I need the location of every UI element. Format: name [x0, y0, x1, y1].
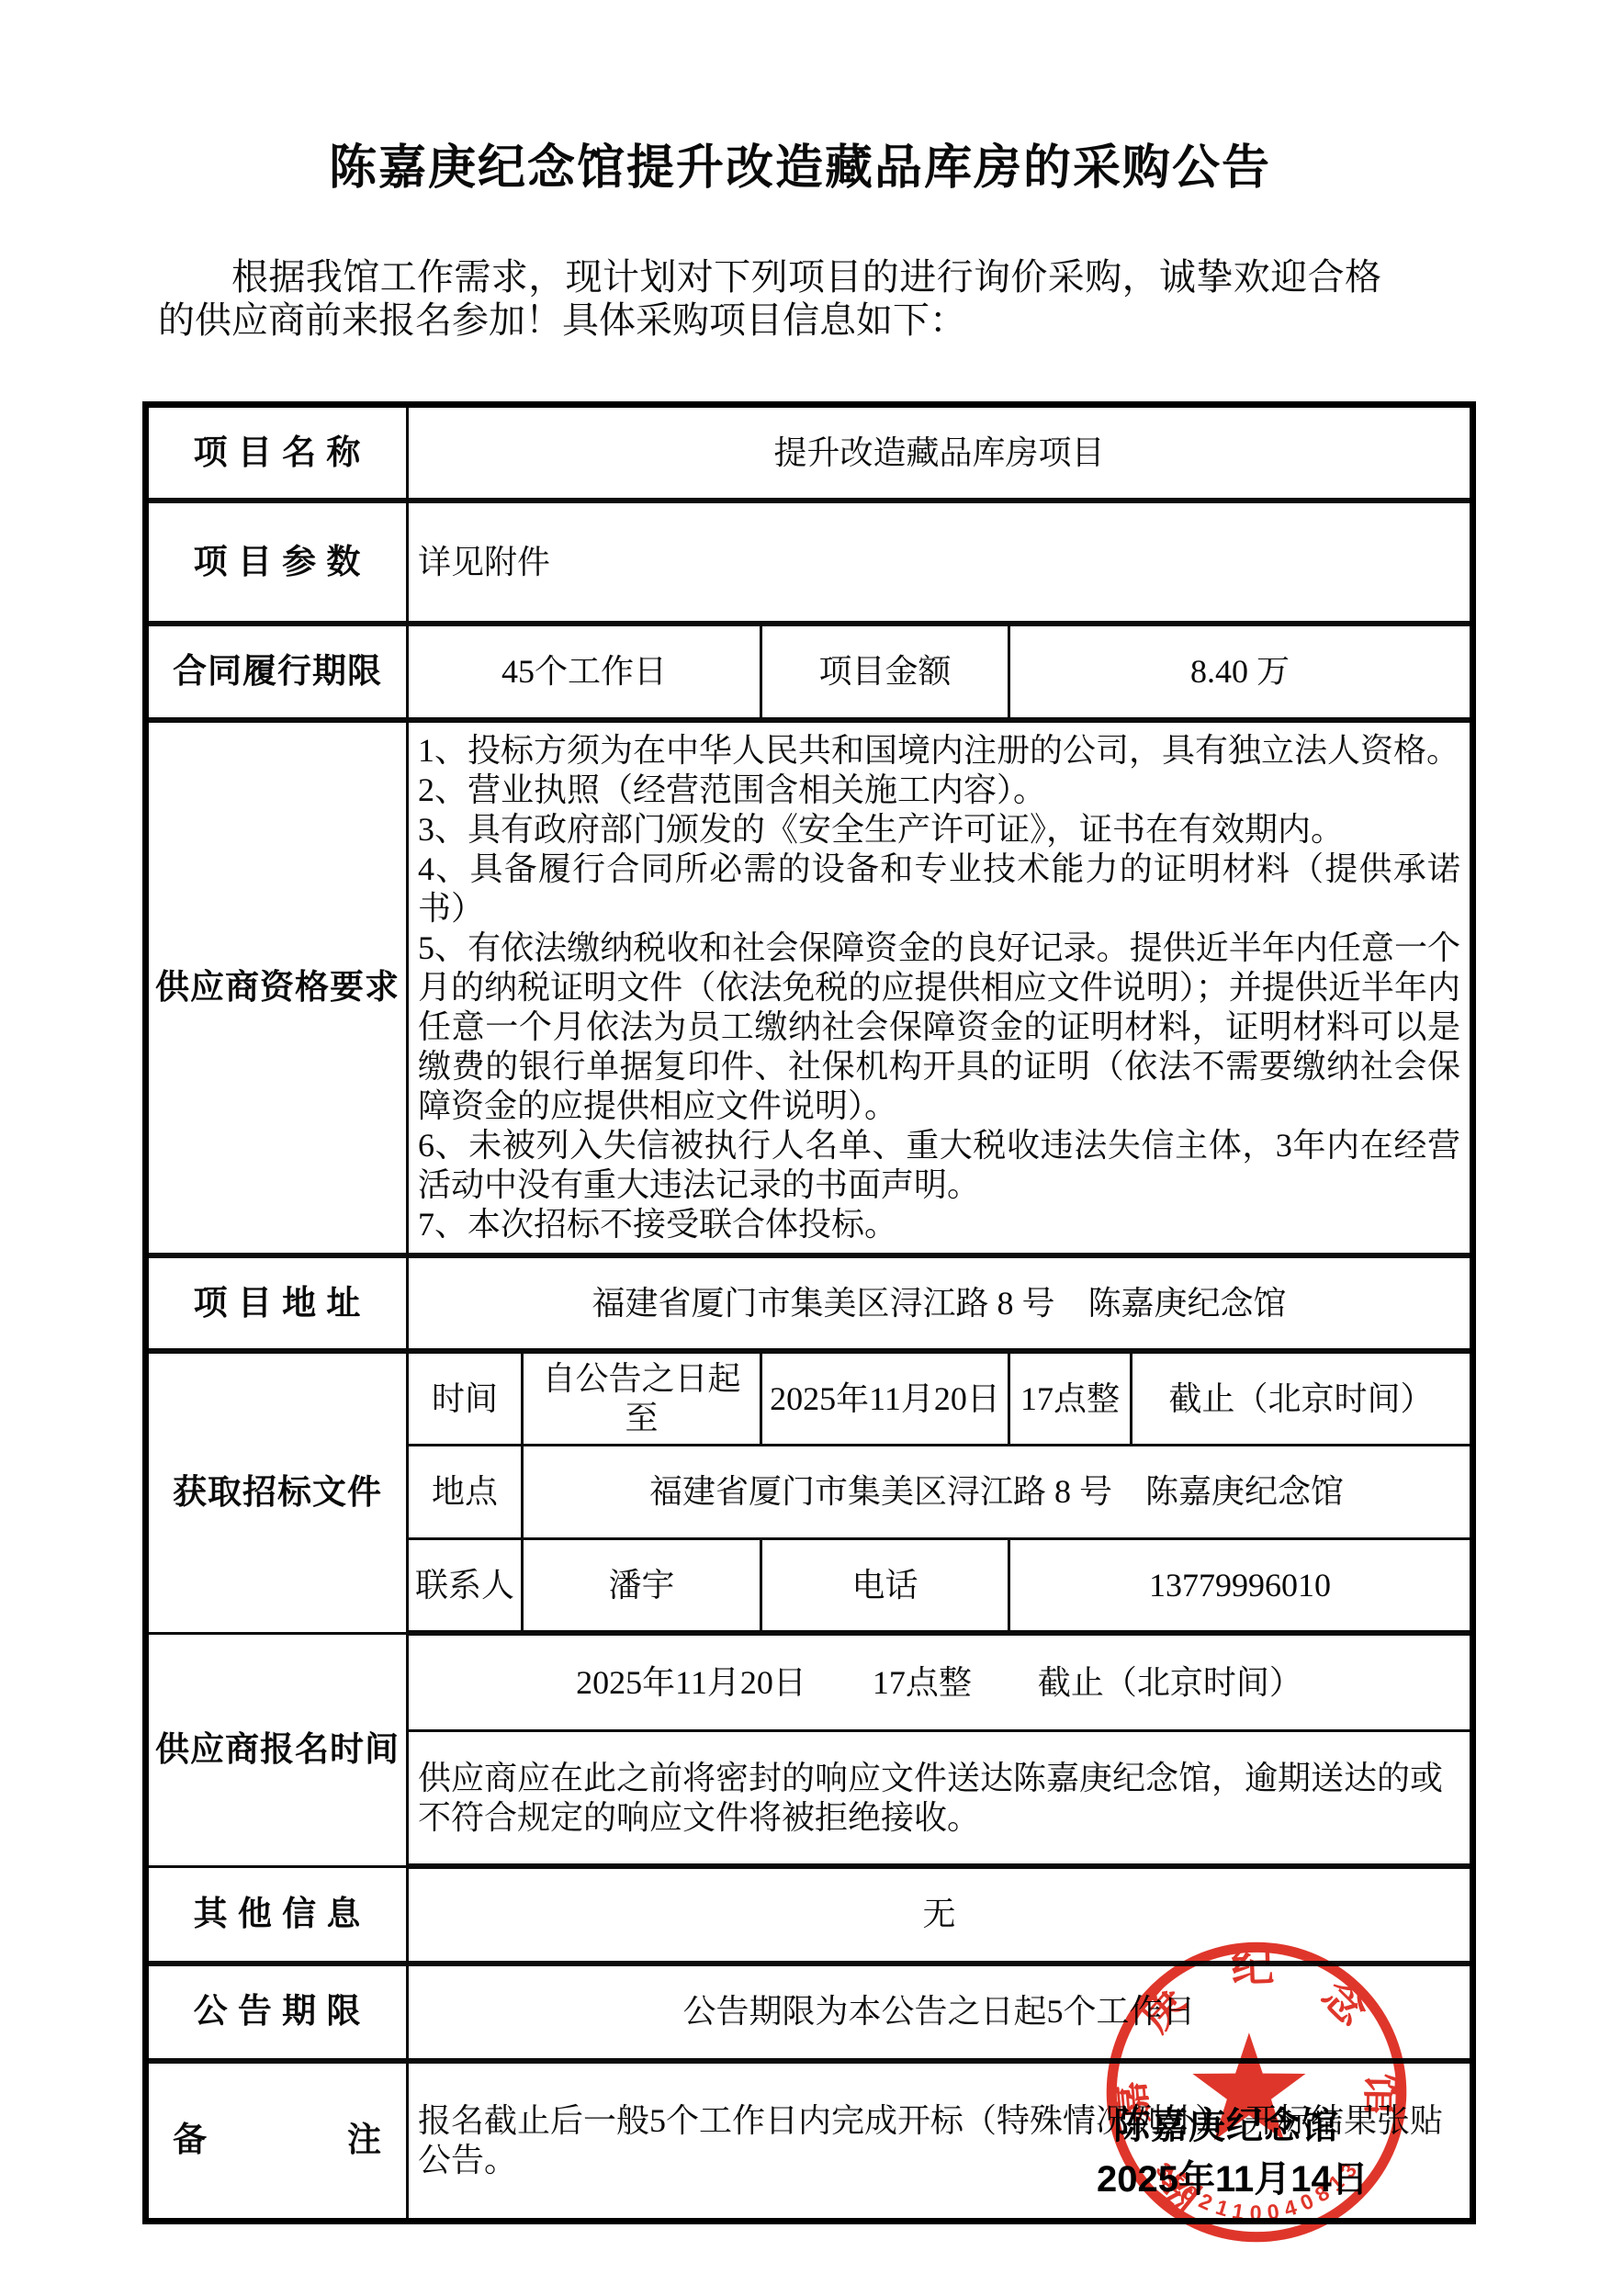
table-row-project-params: 项 目 参 数 详见附件	[146, 501, 1473, 624]
qualification-item: 7、本次招标不接受联合体投标。	[418, 1205, 1460, 1244]
value-registration-deadline: 2025年11月20日 17点整 截止（北京时间）	[408, 1633, 1473, 1731]
label-phone: 电话	[761, 1539, 1009, 1634]
value-project-name: 提升改造藏品库房项目	[408, 405, 1473, 501]
label-notice-period: 公 告 期 限	[146, 1964, 408, 2061]
seal-star-icon	[1192, 2032, 1305, 2140]
table-row-project-address: 项 目 地 址 福建省厦门市集美区浔江路 8 号 陈嘉庚纪念馆	[146, 1255, 1473, 1351]
value-bid-docs-place: 福建省厦门市集美区浔江路 8 号 陈嘉庚纪念馆	[523, 1446, 1473, 1539]
table-row-registration-deadline: 供应商报名时间 2025年11月20日 17点整 截止（北京时间）	[146, 1633, 1473, 1731]
value-bid-docs-time-prefix: 自公告之日起至	[523, 1351, 761, 1446]
label-contract-period: 合同履行期限	[146, 624, 408, 720]
value-bid-docs-time-hour: 17点整	[1009, 1351, 1132, 1446]
qualification-item: 6、未被列入失信被执行人名单、重大税收违法失信主体，3年内在经营活动中没有重大违…	[418, 1126, 1460, 1205]
table-row-bid-docs-time: 获取招标文件 时间 自公告之日起至 2025年11月20日 17点整 截止（北京…	[146, 1351, 1473, 1446]
label-other-info: 其 他 信 息	[146, 1866, 408, 1964]
label-project-name: 项 目 名 称	[146, 405, 408, 501]
table-row-contract-period: 合同履行期限 45个工作日 项目金额 8.40 万	[146, 624, 1473, 720]
document-page: 陈嘉庚纪念馆提升改造藏品库房的采购公告 根据我馆工作需求，现计划对下列项目的进行…	[0, 0, 1600, 2296]
table-row-project-name: 项 目 名 称 提升改造藏品库房项目	[146, 405, 1473, 501]
value-registration-note: 供应商应在此之前将密封的响应文件送达陈嘉庚纪念馆，逾期送达的或不符合规定的响应文…	[408, 1731, 1473, 1867]
table-row-qualification: 供应商资格要求 1、投标方须为在中华人民共和国境内注册的公司，具有独立法人资格。…	[146, 720, 1473, 1255]
value-phone: 13779996010	[1009, 1539, 1473, 1634]
label-contact: 联系人	[408, 1539, 523, 1634]
page-title: 陈嘉庚纪念馆提升改造藏品库房的采购公告	[0, 129, 1600, 197]
label-project-params: 项 目 参 数	[146, 501, 408, 624]
label-remarks: 备 注	[146, 2061, 408, 2222]
qualification-item: 2、营业执照（经营范围含相关施工内容）。	[418, 771, 1460, 810]
label-bid-docs-time: 时间	[408, 1351, 523, 1446]
value-bid-docs-time-suffix: 截止（北京时间）	[1132, 1351, 1473, 1446]
qualification-item: 3、具有政府部门颁发的《安全生产许可证》，证书在有效期内。	[418, 810, 1460, 850]
label-registration: 供应商报名时间	[146, 1633, 408, 1866]
label-bid-docs: 获取招标文件	[146, 1351, 408, 1633]
value-project-amount: 8.40 万	[1009, 624, 1473, 720]
qualification-item: 5、有依法缴纳税收和社会保障资金的良好记录。提供近半年内任意一个月的纳税证明文件…	[418, 929, 1460, 1126]
value-project-params: 详见附件	[408, 501, 1473, 624]
value-project-address: 福建省厦门市集美区浔江路 8 号 陈嘉庚纪念馆	[408, 1255, 1473, 1351]
qualification-item: 4、具备履行合同所必需的设备和专业技术能力的证明材料（提供承诺书）	[418, 850, 1460, 929]
value-bid-docs-time-date: 2025年11月20日	[761, 1351, 1009, 1446]
label-project-address: 项 目 地 址	[146, 1255, 408, 1351]
label-qualification: 供应商资格要求	[146, 720, 408, 1255]
value-qualification: 1、投标方须为在中华人民共和国境内注册的公司，具有独立法人资格。 2、营业执照（…	[408, 720, 1473, 1255]
label-project-amount: 项目金额	[761, 624, 1009, 720]
qualification-item: 1、投标方须为在中华人民共和国境内注册的公司，具有独立法人资格。	[418, 731, 1460, 771]
intro-paragraph: 根据我馆工作需求，现计划对下列项目的进行询价采购，诚挚欢迎合格的供应商前来报名参…	[158, 255, 1381, 342]
value-contact-name: 潘宇	[523, 1539, 761, 1634]
label-bid-docs-place: 地点	[408, 1446, 523, 1539]
value-contract-duration: 45个工作日	[408, 624, 761, 720]
official-seal: 陈嘉庚纪念馆 3502110040813	[1089, 1925, 1424, 2259]
